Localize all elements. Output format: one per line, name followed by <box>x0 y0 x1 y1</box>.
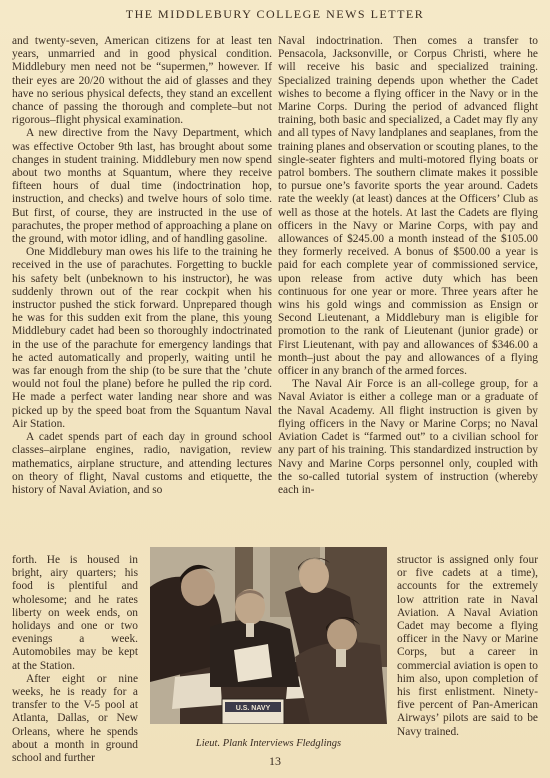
left-column-wrap-text: forth. He is housed in bright, airy quar… <box>12 554 138 765</box>
paragraph: The Naval Air Force is an all-college gr… <box>278 378 538 497</box>
right-column-text: Naval indoctrination. Then comes a trans… <box>278 35 538 497</box>
page-number: 13 <box>0 754 550 769</box>
paragraph: After eight or nine weeks, he is ready f… <box>12 673 138 765</box>
paragraph: forth. He is housed in bright, airy quar… <box>12 554 138 673</box>
photo-caption: Lieut. Plank Interviews Fledglings <box>150 738 387 749</box>
running-header: THE MIDDLEBURY COLLEGE NEWS LETTER <box>0 7 550 22</box>
paragraph: A new directive from the Navy Department… <box>12 127 272 246</box>
left-column-text: and twenty-seven, American citizens for … <box>12 35 272 497</box>
paragraph: One Middlebury man owes his life to the … <box>12 246 272 431</box>
newsletter-page: THE MIDDLEBURY COLLEGE NEWS LETTER and t… <box>0 0 550 778</box>
photograph-lieut-plank-with-cadets: U.S. NAVY <box>150 547 387 724</box>
paragraph: structor is assigned only four or five c… <box>397 554 538 739</box>
paragraph: Naval indoctrination. Then comes a trans… <box>278 35 538 378</box>
navy-sign-text: U.S. NAVY <box>236 705 271 712</box>
paragraph: A cadet spends part of each day in groun… <box>12 431 272 497</box>
paragraph: and twenty-seven, American citizens for … <box>12 35 272 127</box>
right-column-wrap-text: structor is assigned only four or five c… <box>397 554 538 739</box>
photo-illustration: U.S. NAVY <box>150 547 387 724</box>
